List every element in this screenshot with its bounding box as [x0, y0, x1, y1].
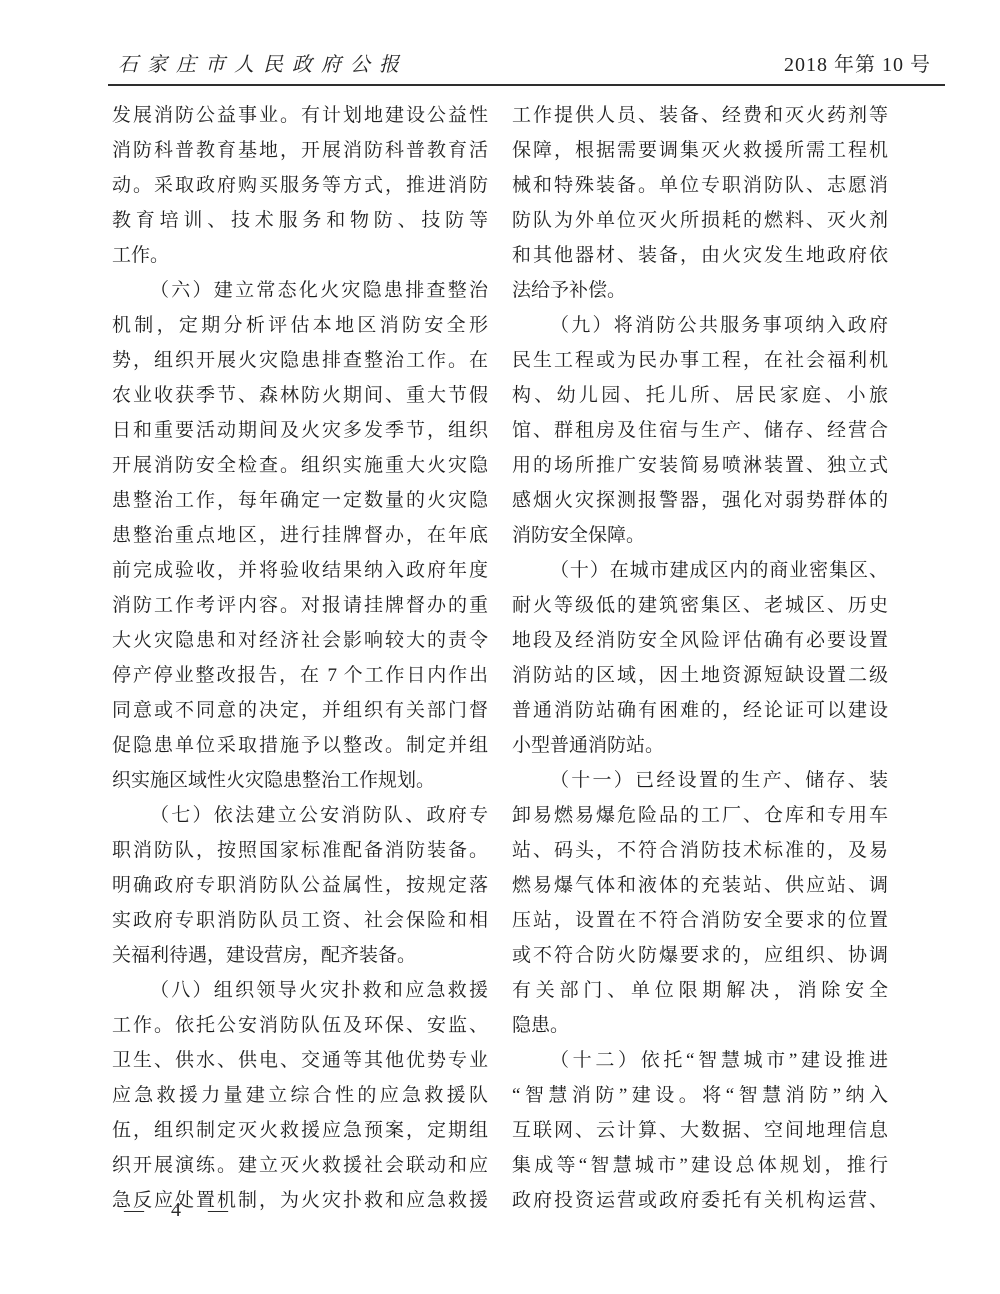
- text-line: 站、码头，不符合消防技术标准的，及易: [512, 833, 888, 868]
- text-line: 集成等“智慧城市”建设总体规划，推行: [512, 1148, 888, 1183]
- issue-number: 2018 年第 10 号: [784, 48, 931, 77]
- text-line: 开展消防安全检查。组织实施重大火灾隐: [112, 448, 488, 483]
- text-line: 小型普通消防站。: [512, 728, 888, 763]
- text-line: 农业收获季节、森林防火期间、重大节假: [112, 378, 488, 413]
- text-line: 防队为外单位灭火所损耗的燃料、灭火剂: [512, 203, 888, 238]
- text-line: 互联网、云计算、大数据、空间地理信息: [512, 1113, 888, 1148]
- text-line: 关福利待遇，建设营房，配齐装备。: [112, 938, 488, 973]
- text-line: （八）组织领导火灾扑救和应急救援: [112, 973, 488, 1008]
- gazette-title: 石家庄市人民政府公报: [118, 48, 408, 77]
- text-line: 教育培训、技术服务和物防、技防等: [112, 203, 488, 238]
- text-line: 消防工作考评内容。对报请挂牌督办的重: [112, 588, 488, 623]
- text-line: 实政府专职消防队员工资、社会保险和相: [112, 903, 488, 938]
- text-line: 燃易爆气体和液体的充装站、供应站、调: [512, 868, 888, 903]
- text-line: 织实施区域性火灾隐患整治工作规划。: [112, 763, 488, 798]
- text-line: 停产停业整改报告，在 7 个工作日内作出: [112, 658, 488, 693]
- text-line: 应急救援力量建立综合性的应急救援队: [112, 1078, 488, 1113]
- text-line: （七）依法建立公安消防队、政府专: [112, 798, 488, 833]
- text-line: 织开展演练。建立灭火救援社会联动和应: [112, 1148, 488, 1183]
- text-line: “智慧消防”建设。将“智慧消防”纳入: [512, 1078, 888, 1113]
- text-line: 隐患。: [512, 1008, 888, 1043]
- text-line: 压站，设置在不符合消防安全要求的位置: [512, 903, 888, 938]
- text-line: 卸易燃易爆危险品的工厂、仓库和专用车: [512, 798, 888, 833]
- text-line: 势，组织开展火灾隐患排查整治工作。在: [112, 343, 488, 378]
- text-line: 耐火等级低的建筑密集区、老城区、历史: [512, 588, 888, 623]
- text-line: 动。采取政府购买服务等方式，推进消防: [112, 168, 488, 203]
- text-line: 发展消防公益事业。有计划地建设公益性: [112, 98, 488, 133]
- page-footer: — 4 —: [124, 1199, 228, 1222]
- text-line: 或不符合防火防爆要求的，应组织、协调: [512, 938, 888, 973]
- text-line: 地段及经消防安全风险评估确有必要设置: [512, 623, 888, 658]
- text-line: 普通消防站确有困难的，经论证可以建设: [512, 693, 888, 728]
- text-line: （十一）已经设置的生产、储存、装: [512, 763, 888, 798]
- text-line: 伍，组织制定灭火救援应急预案，定期组: [112, 1113, 488, 1148]
- text-line: 感烟火灾探测报警器，强化对弱势群体的: [512, 483, 888, 518]
- text-line: 工作。: [112, 238, 488, 273]
- text-line: 工作。依托公安消防队伍及环保、安监、: [112, 1008, 488, 1043]
- page-header: 石家庄市人民政府公报 2018 年第 10 号: [108, 48, 945, 86]
- right-column: 工作提供人员、装备、经费和灭火药剂等保障，根据需要调集灭火救援所需工程机械和特殊…: [512, 98, 888, 1218]
- body-columns: 发展消防公益事业。有计划地建设公益性消防科普教育基地，开展消防科普教育活动。采取…: [112, 98, 1000, 1218]
- text-line: 政府投资运营或政府委托有关机构运营、: [512, 1183, 888, 1218]
- text-line: 职消防队，按照国家标准配备消防装备。: [112, 833, 488, 868]
- text-line: 构、幼儿园、托儿所、居民家庭、小旅: [512, 378, 888, 413]
- text-line: 馆、群租房及住宿与生产、储存、经营合: [512, 413, 888, 448]
- text-line: 促隐患单位采取措施予以整改。制定并组: [112, 728, 488, 763]
- page-number: — 4 —: [124, 1199, 228, 1221]
- text-line: 前完成验收，并将验收结果纳入政府年度: [112, 553, 488, 588]
- text-line: 保障，根据需要调集灭火救援所需工程机: [512, 133, 888, 168]
- text-line: 消防科普教育基地，开展消防科普教育活: [112, 133, 488, 168]
- text-line: 同意或不同意的决定，并组织有关部门督: [112, 693, 488, 728]
- text-line: 械和特殊装备。单位专职消防队、志愿消: [512, 168, 888, 203]
- text-line: 工作提供人员、装备、经费和灭火药剂等: [512, 98, 888, 133]
- text-line: 机制，定期分析评估本地区消防安全形: [112, 308, 488, 343]
- text-line: 用的场所推广安装简易喷淋装置、独立式: [512, 448, 888, 483]
- text-line: 有关部门、单位限期解决，消除安全: [512, 973, 888, 1008]
- text-line: 大火灾隐患和对经济社会影响较大的责令: [112, 623, 488, 658]
- gazette-page: 石家庄市人民政府公报 2018 年第 10 号 发展消防公益事业。有计划地建设公…: [0, 0, 1000, 1294]
- text-line: （十二）依托“智慧城市”建设推进: [512, 1043, 888, 1078]
- text-line: 民生工程或为民办事工程，在社会福利机: [512, 343, 888, 378]
- text-line: 消防安全保障。: [512, 518, 888, 553]
- text-line: 消防站的区域，因土地资源短缺设置二级: [512, 658, 888, 693]
- text-line: 明确政府专职消防队公益属性，按规定落: [112, 868, 488, 903]
- text-line: 日和重要活动期间及火灾多发季节，组织: [112, 413, 488, 448]
- text-line: 和其他器材、装备，由火灾发生地政府依: [512, 238, 888, 273]
- text-line: 法给予补偿。: [512, 273, 888, 308]
- text-line: 患整治重点地区，进行挂牌督办，在年底: [112, 518, 488, 553]
- text-line: （九）将消防公共服务事项纳入政府: [512, 308, 888, 343]
- text-line: （十）在城市建成区内的商业密集区、: [512, 553, 888, 588]
- left-column: 发展消防公益事业。有计划地建设公益性消防科普教育基地，开展消防科普教育活动。采取…: [112, 98, 488, 1218]
- text-line: （六）建立常态化火灾隐患排查整治: [112, 273, 488, 308]
- text-line: 患整治工作，每年确定一定数量的火灾隐: [112, 483, 488, 518]
- text-line: 卫生、供水、供电、交通等其他优势专业: [112, 1043, 488, 1078]
